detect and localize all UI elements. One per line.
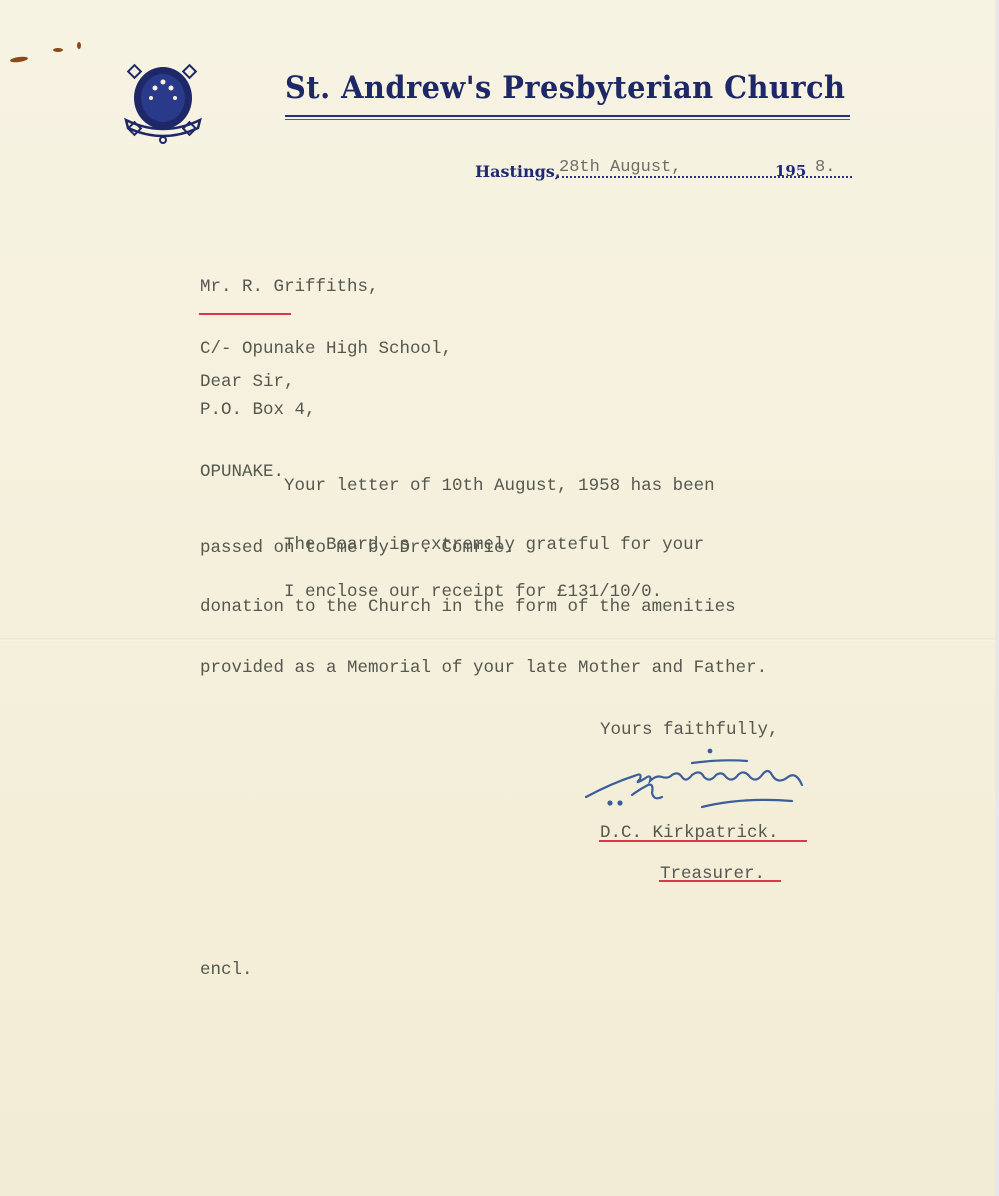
page-edge [995,0,999,1196]
enclosure-note: encl. [200,960,253,981]
handwritten-signature [582,745,812,815]
body-line: The Board is extremely grateful for your [200,535,767,556]
letter-date: 28th August, [559,158,681,177]
red-underline [659,880,781,882]
church-crest-icon [122,62,204,144]
stain-mark [53,48,63,52]
dateline: Hastings, 28th August, 195 8. [475,158,855,182]
red-underline [599,840,807,842]
address-line: Mr. R. Griffiths, [200,277,452,298]
title-rule [285,115,850,117]
stain-mark [77,42,81,49]
address-line: C/- Opunake High School, [200,339,452,360]
body-paragraph-3: I enclose our receipt for £131/10/0. [200,582,662,603]
year-prefix: 195 [775,162,806,180]
salutation: Dear Sir, [200,372,295,393]
red-underline [199,313,291,315]
year-suffix: 8. [815,158,835,177]
address-line: P.O. Box 4, [200,400,452,421]
title-rule [285,119,850,120]
letterhead-title: St. Andrew's Presbyterian Church [285,70,811,106]
valediction: Yours faithfully, [600,720,779,741]
letter-place: Hastings, [475,162,560,181]
body-line: provided as a Memorial of your late Moth… [200,658,767,679]
